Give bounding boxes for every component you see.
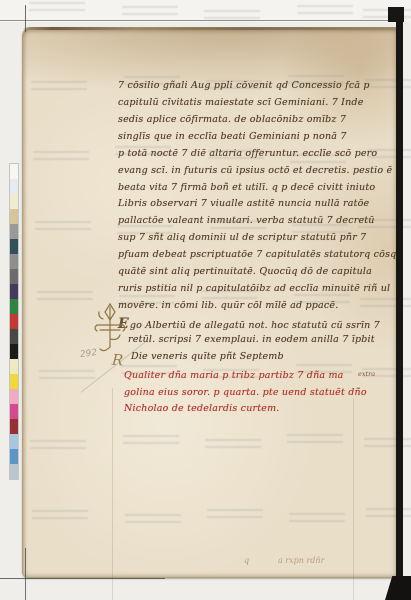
text-line: Die veneris quīte pñt Septemb <box>131 351 284 362</box>
text-line: 7 cōsilio gñali Aug ppli cōvenit qd Conc… <box>118 80 370 91</box>
manuscript-photo: 7 cōsilio gñali Aug ppli cōvenit qd Conc… <box>0 0 411 600</box>
crop-mark-bottom-vertical <box>25 548 26 600</box>
rubric-line: Nicholao de tedelardis curtem. <box>124 403 280 414</box>
text-line: beata vita 7 firmā boñ et utilī. q p dec… <box>118 182 375 193</box>
text-line: Libris observari 7 viualle astitē nuncia… <box>118 198 369 209</box>
text-line: quātē sint aliq pertinuitatē. Quocūq dō … <box>118 266 372 277</box>
calibration-patch <box>10 464 18 479</box>
calibration-patch <box>10 164 18 179</box>
crop-mark-bottom-horizontal <box>0 578 392 579</box>
rubric-line: Qualiter dña maria p tribz partibz 7 dña… <box>124 370 344 381</box>
text-line: singlīs que in ecclīa beati Geminiani p … <box>118 131 347 142</box>
text-line: movēre. in cōmi lib. quūr cōl mīlē ad pp… <box>118 300 338 311</box>
calibration-patch <box>10 284 18 299</box>
calibration-patch <box>10 179 18 194</box>
text-line: pfuam debeat pscriptuatōe 7 capitulatēs … <box>118 249 396 260</box>
calibration-patch <box>10 209 18 224</box>
calibration-patch <box>10 194 18 209</box>
rubric-line: golina eius soror. p quarta. pte uend st… <box>124 387 367 398</box>
calibration-patch <box>10 434 18 449</box>
margin-note-extra: extra <box>358 370 375 378</box>
text-line: p totā noctē 7 diē altaria offeruntur. e… <box>118 148 377 159</box>
crop-mark-top-vertical <box>25 5 26 32</box>
text-line: pallactōe valeant inmutari. verba statut… <box>118 215 375 226</box>
text-line: capitulū cīvitatis maiestate scī Geminia… <box>118 97 364 108</box>
text-line-body: go Albertiū de allegatū not. hoc statutū… <box>130 320 380 331</box>
catchword-note: a rxpn rdñr <box>278 556 324 565</box>
text-block: 7 cōsilio gñali Aug ppli cōvenit qd Conc… <box>0 0 411 600</box>
crop-mark-top-horizontal <box>0 20 396 21</box>
calibration-patch <box>10 329 18 344</box>
text-line: ruris pstitia nil p capitulatōibz ad ecc… <box>118 283 390 294</box>
calibration-patch <box>10 269 18 284</box>
text-line: sedis aplice cōfirmata. de oblacōnibz om… <box>118 114 346 125</box>
text-line: evang scī. in futuris cū ipsius octō et … <box>118 165 392 176</box>
calibration-patch <box>10 449 18 464</box>
calibration-patch <box>10 389 18 404</box>
text-line: Ego Albertiū de allegatū not. hoc statut… <box>118 316 380 332</box>
calibration-patch <box>10 419 18 434</box>
calibration-patch <box>10 359 18 374</box>
calibration-patch <box>10 374 18 389</box>
calibration-patch <box>10 224 18 239</box>
calibration-patch <box>10 299 18 314</box>
catchword-mark: q <box>244 556 249 565</box>
notarial-sign-icon <box>90 301 130 361</box>
color-calibration-bar <box>10 164 18 479</box>
calibration-patch <box>10 404 18 419</box>
calibration-patch <box>10 254 18 269</box>
calibration-patch <box>10 314 18 329</box>
black-backdrop-strip <box>396 7 403 600</box>
calibration-patch <box>10 239 18 254</box>
text-line: retūl. scripsi 7 exemplaui. in eodem ani… <box>128 334 375 345</box>
text-line: sup 7 sñt aliq dominii ul de scriptur st… <box>118 232 366 243</box>
calibration-patch <box>10 344 18 359</box>
